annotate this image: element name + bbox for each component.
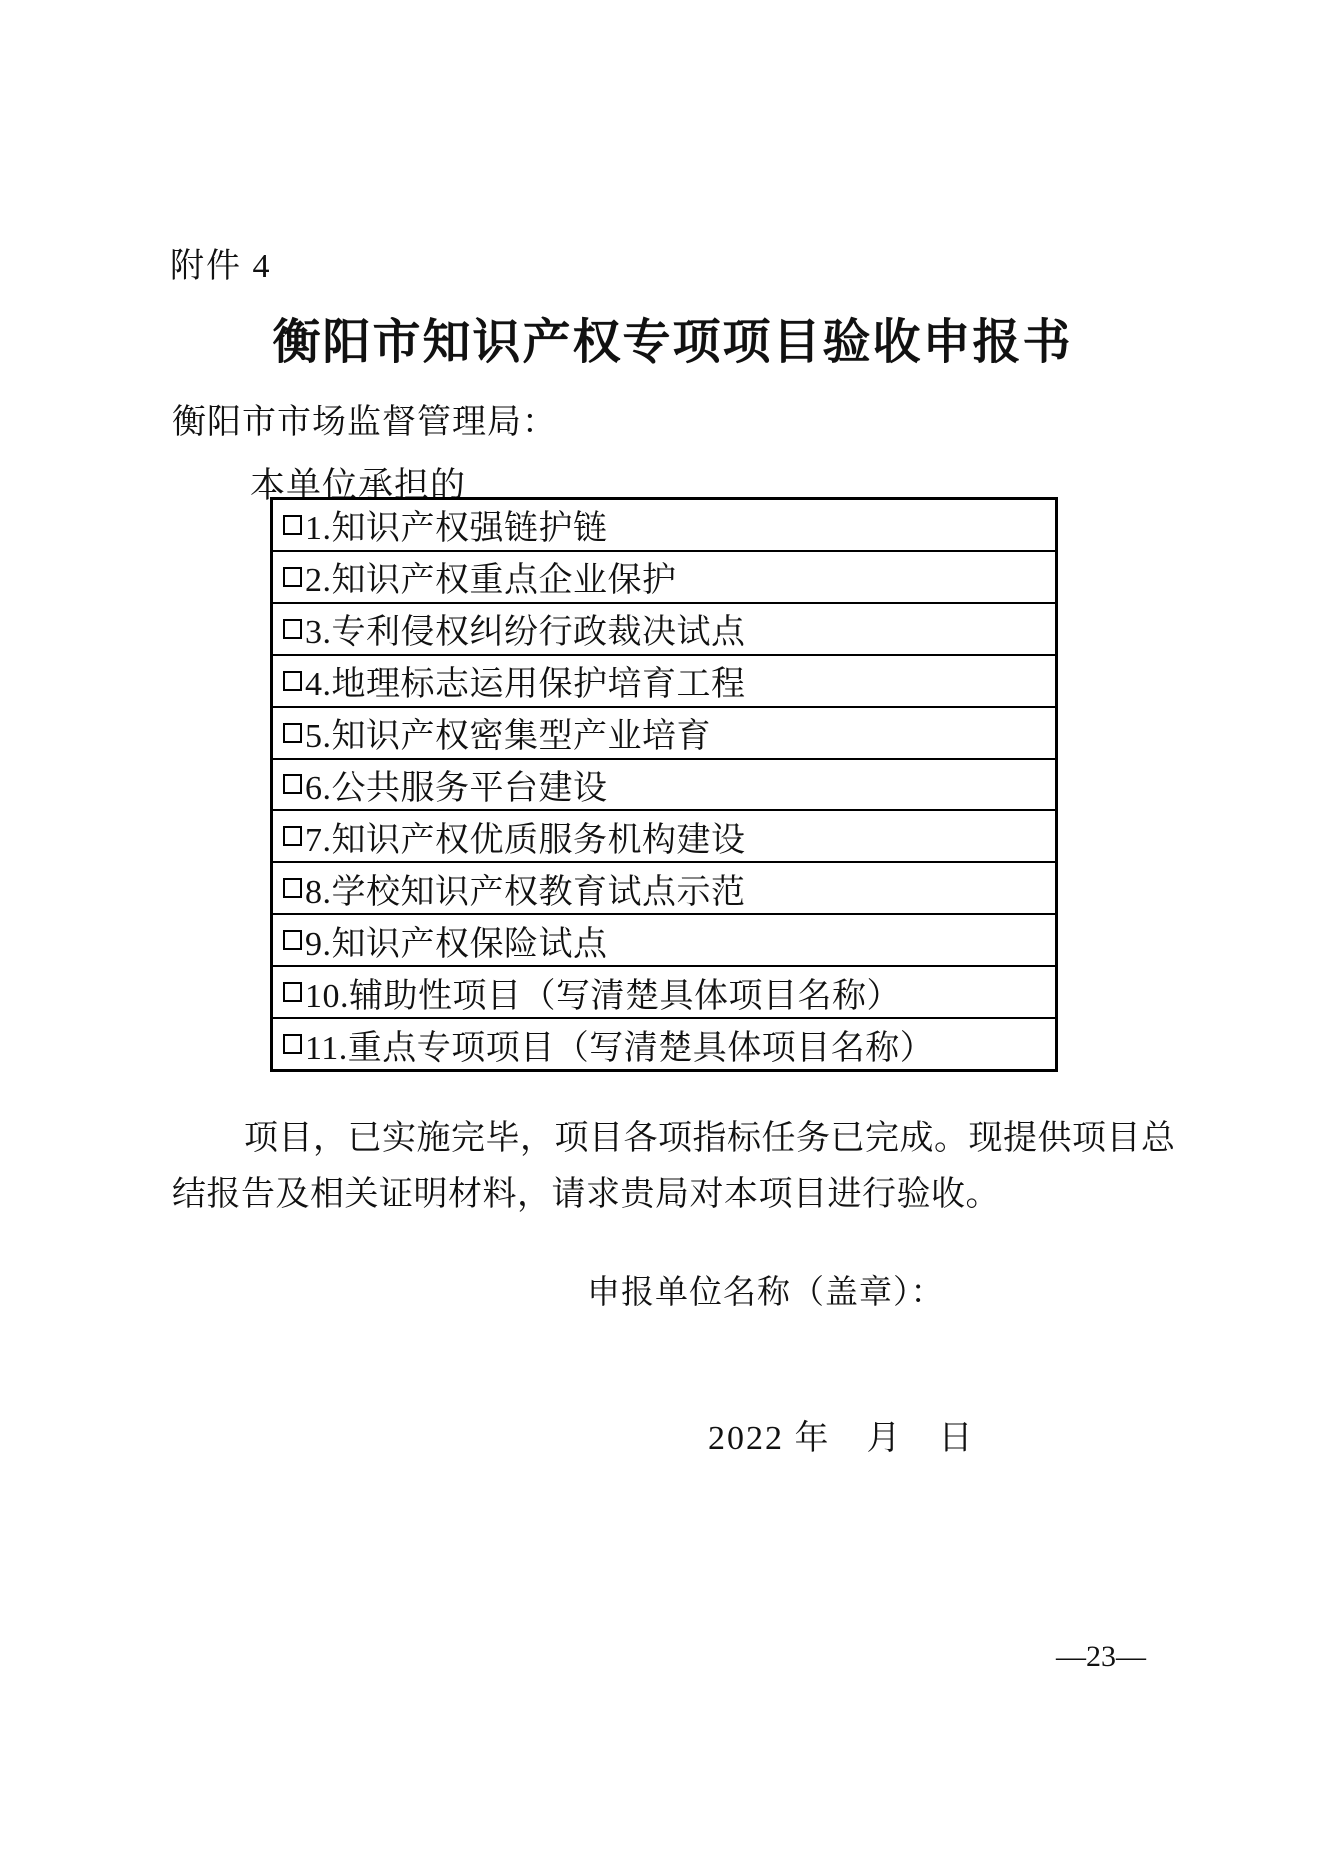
body-paragraph-line-2: 结报告及相关证明材料，请求贵局对本项目进行验收。	[172, 1166, 1000, 1215]
checklist-row: 5.知识产权密集型产业培育	[273, 708, 1055, 760]
checkbox-icon[interactable]	[283, 1034, 302, 1054]
checklist-item-label: 1.知识产权强链护链	[305, 500, 608, 549]
checkbox-icon[interactable]	[283, 878, 302, 898]
checklist-row: 8.学校知识产权教育试点示范	[273, 863, 1055, 915]
attachment-label: 附件 4	[170, 238, 272, 287]
checklist-item-label: 8.学校知识产权教育试点示范	[305, 864, 746, 913]
date-line: 2022 年 月 日	[708, 1410, 975, 1459]
checklist-item-label: 4.地理标志运用保护培育工程	[305, 656, 746, 705]
salutation-line: 衡阳市市场监督管理局：	[172, 394, 557, 443]
checklist-item-label: 3.专利侵权纠纷行政裁决试点	[305, 604, 746, 653]
checklist-row: 6.公共服务平台建设	[273, 760, 1055, 812]
document-title: 衡阳市知识产权专项项目验收申报书	[0, 303, 1323, 372]
checklist-item-label: 9.知识产权保险试点	[305, 916, 608, 965]
checkbox-icon[interactable]	[283, 671, 302, 691]
checklist-row: 9.知识产权保险试点	[273, 915, 1055, 967]
document-page: 附件 4 衡阳市知识产权专项项目验收申报书 衡阳市市场监督管理局： 本单位承担的…	[0, 0, 1323, 1854]
checklist-item-label: 10.辅助性项目（写清楚具体项目名称）	[305, 968, 901, 1017]
checkbox-icon[interactable]	[283, 930, 302, 950]
checklist-item-label: 2.知识产权重点企业保护	[305, 552, 677, 601]
checklist-row: 2.知识产权重点企业保护	[273, 552, 1055, 604]
page-number: —23—	[1056, 1640, 1146, 1674]
checkbox-icon[interactable]	[283, 567, 302, 587]
checklist-row: 11.重点专项项目（写清楚具体项目名称）	[273, 1019, 1055, 1069]
checklist-row: 1.知识产权强链护链	[273, 500, 1055, 552]
checkbox-icon[interactable]	[283, 982, 302, 1002]
checklist-row: 10.辅助性项目（写清楚具体项目名称）	[273, 967, 1055, 1019]
checkbox-icon[interactable]	[283, 826, 302, 846]
checkbox-icon[interactable]	[283, 723, 302, 743]
checklist-row: 7.知识产权优质服务机构建设	[273, 811, 1055, 863]
checkbox-icon[interactable]	[283, 515, 302, 535]
checkbox-icon[interactable]	[283, 619, 302, 639]
checklist-item-label: 5.知识产权密集型产业培育	[305, 708, 711, 757]
checklist-item-label: 11.重点专项项目（写清楚具体项目名称）	[305, 1020, 934, 1069]
checkbox-icon[interactable]	[283, 774, 302, 794]
checklist-row: 4.地理标志运用保护培育工程	[273, 656, 1055, 708]
body-paragraph-line-1: 项目，已实施完毕，项目各项指标任务已完成。现提供项目总	[244, 1110, 1176, 1159]
checklist-item-label: 6.公共服务平台建设	[305, 760, 608, 809]
checklist-row: 3.专利侵权纠纷行政裁决试点	[273, 604, 1055, 656]
checklist-item-label: 7.知识产权优质服务机构建设	[305, 812, 746, 861]
signature-label: 申报单位名称（盖章）：	[587, 1266, 945, 1313]
checklist-table: 1.知识产权强链护链 2.知识产权重点企业保护 3.专利侵权纠纷行政裁决试点 4…	[270, 497, 1058, 1072]
